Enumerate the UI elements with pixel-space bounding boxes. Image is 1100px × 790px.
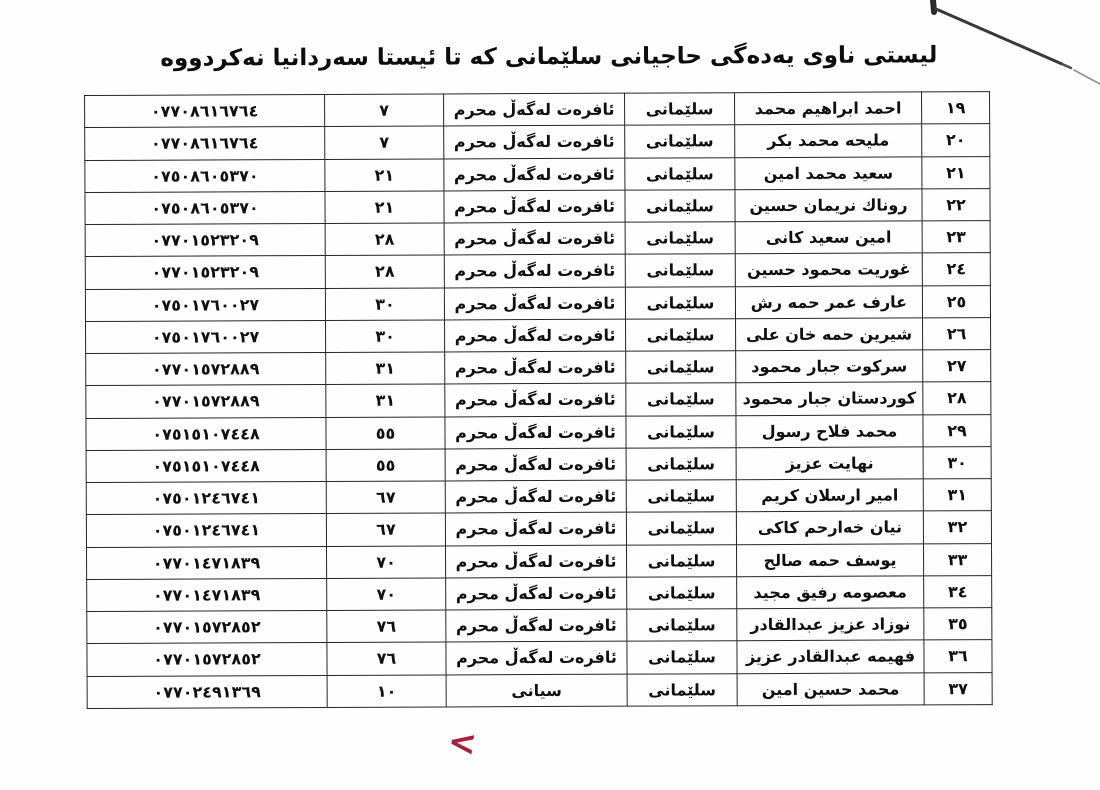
cell-phone: ٠٧٥١٥١٠٧٤٤٨	[86, 449, 326, 482]
cell-number: ٢٨	[325, 223, 444, 256]
cell-name: امير ارسلان كريم	[736, 479, 923, 512]
cell-number: ٢١	[325, 158, 444, 191]
cell-number: ٧٠	[327, 545, 446, 578]
table-row: ٣٣يوسف حمه صالحسلێمانىئافرەت لەگەڵ محرم٧…	[87, 543, 992, 579]
roster-table-body: ١٩احمد ابراهيم محمدسلێمانىئافرەت لەگەڵ م…	[85, 92, 993, 709]
cell-name: محمد حسين امين	[737, 672, 924, 705]
cell-city: سلێمانى	[625, 93, 735, 126]
cell-phone: ٠٧٧٠١٥٢٣٢٠٩	[85, 256, 325, 289]
scan-content: ليستى ناوى يەدەگى حاجيانى سلێمانى كە تا …	[0, 0, 1100, 790]
cell-no: ٣٢	[923, 511, 991, 544]
cell-city: سلێمانى	[626, 480, 736, 513]
cell-city: سلێمانى	[626, 351, 736, 384]
cell-city: سلێمانى	[626, 383, 736, 416]
cell-city: سلێمانى	[625, 125, 735, 158]
table-row: ٢٦شيرين حمه خان علىسلێمانىئافرەت لەگەڵ م…	[86, 317, 991, 353]
cell-number: ٣٠	[326, 320, 445, 353]
table-row: ٢٩محمد فلاح رسولسلێمانىئافرەت لەگەڵ محرم…	[86, 414, 991, 450]
cell-number: ٢١	[325, 191, 444, 224]
cell-no: ٣٠	[923, 446, 991, 479]
cell-no: ٣٤	[924, 575, 992, 608]
cell-no: ٣١	[923, 479, 991, 512]
cell-city: سلێمانى	[625, 189, 735, 222]
table-row: ٢٥عارف عمر حمه رشسلێمانىئافرەت لەگەڵ محر…	[85, 285, 990, 321]
cell-city: سلێمانى	[625, 254, 735, 287]
cell-number: ٧٦	[327, 642, 446, 675]
cell-name: امين سعيد كانى	[735, 221, 922, 254]
cell-status: ئافرەت لەگەڵ محرم	[446, 545, 627, 578]
table-row: ٣٦فهيمه عبدالقادر عزيزسلێمانىئافرەت لەگە…	[87, 640, 992, 676]
cell-status: ئافرەت لەگەڵ محرم	[445, 416, 626, 449]
cell-city: سلێمانى	[626, 447, 736, 480]
cell-city: سلێمانى	[626, 318, 736, 351]
cell-number: ٣٠	[325, 287, 444, 320]
cell-phone: ٠٧٥٠١٧٦٠٠٢٧	[85, 288, 325, 321]
cell-phone: ٠٧٧٠١٥٧٢٨٥٢	[87, 610, 327, 643]
cell-status: ئافرەت لەگەڵ محرم	[446, 577, 627, 610]
cell-status: ئافرەت لەگەڵ محرم	[445, 512, 626, 545]
cell-status: ئافرەت لەگەڵ محرم	[444, 222, 625, 255]
cell-number: ٥٥	[326, 449, 445, 482]
cell-name: روناك نريمان حسين	[735, 189, 922, 222]
cell-name: فهيمه عبدالقادر عزيز	[737, 640, 924, 673]
cell-number: ٦٧	[326, 481, 445, 514]
cell-no: ٣٥	[924, 608, 992, 641]
cell-name: محمد فلاح رسول	[736, 414, 923, 447]
cell-name: معصومه رفيق مجيد	[737, 576, 924, 609]
cell-no: ٢٠	[922, 124, 990, 157]
cell-status: ئافرەت لەگەڵ محرم	[444, 93, 625, 126]
cell-phone: ٠٧٥٠١٢٤٦٧٤١	[86, 481, 326, 514]
cell-number: ٧	[325, 94, 444, 127]
cell-phone: ٠٧٧٠٨٦١٦٧٦٤	[85, 127, 325, 160]
cell-phone: ٠٧٥١٥١٠٧٤٤٨	[86, 417, 326, 450]
table-row: ٣١امير ارسلان كريمسلێمانىئافرەت لەگەڵ مح…	[86, 479, 991, 515]
table-row: ٢٢روناك نريمان حسينسلێمانىئافرەت لەگەڵ م…	[85, 188, 990, 224]
cell-name: شيرين حمه خان على	[736, 318, 923, 351]
cell-no: ٢١	[922, 156, 990, 189]
cell-phone: ٠٧٥٠٨٦٠٥٣٧٠	[85, 159, 325, 192]
cell-city: سلێمانى	[626, 415, 736, 448]
cell-no: ٢٧	[923, 350, 991, 383]
cell-no: ٢٥	[922, 285, 990, 318]
cell-status: ئافرەت لەگەڵ محرم	[444, 287, 625, 320]
cell-status: ئافرەت لەگەڵ محرم	[445, 383, 626, 416]
cell-city: سلێمانى	[626, 544, 736, 577]
cell-name: نوزاد عزيز عبدالقادر	[737, 608, 924, 641]
table-row: ٣٢نيان خەارحم كاكىسلێمانىئافرەت لەگەڵ مح…	[86, 511, 991, 547]
cell-name: نيان خەارحم كاكى	[736, 511, 923, 544]
cell-no: ٢٨	[923, 382, 991, 415]
cell-phone: ٠٧٧٠١٤٧١٨٣٩	[87, 546, 327, 579]
cell-status: ئافرەت لەگەڵ محرم	[446, 609, 627, 642]
cell-city: سلێمانى	[627, 609, 737, 642]
cell-number: ٧٦	[327, 610, 446, 643]
cell-number: ٧٠	[327, 578, 446, 611]
cell-status: ئافرەت لەگەڵ محرم	[446, 641, 627, 674]
table-row: ٢٨كوردستان جبار محمودسلێمانىئافرەت لەگەڵ…	[86, 382, 991, 418]
cell-phone: ٠٧٧٠١٥٧٢٨٨٩	[86, 352, 326, 385]
cell-phone: ٠٧٧٠٢٤٩١٣٦٩	[87, 675, 327, 709]
cell-city: سلێمانى	[627, 673, 737, 706]
scanned-document-page: ليستى ناوى يەدەگى حاجيانى سلێمانى كە تا …	[0, 0, 1100, 790]
document-title: ليستى ناوى يەدەگى حاجيانى سلێمانى كە تا …	[0, 42, 1099, 73]
handwritten-check-mark: <	[446, 724, 479, 762]
table-row: ٣٠نهايت عزيزسلێمانىئافرەت لەگەڵ محرم٥٥٠٧…	[86, 446, 991, 482]
cell-no: ٢٢	[922, 188, 990, 221]
cell-no: ٣٧	[924, 672, 992, 705]
table-row: ٢٠مليحه محمد بكرسلێمانىئافرەت لەگەڵ محرم…	[85, 124, 990, 160]
cell-no: ٢٣	[922, 221, 990, 254]
cell-name: نهايت عزيز	[736, 447, 923, 480]
cell-number: ٥٥	[326, 416, 445, 449]
table-row: ٢١سعيد محمد امينسلێمانىئافرەت لەگەڵ محرم…	[85, 156, 990, 192]
cell-no: ٢٤	[922, 253, 990, 286]
cell-status: ئافرەت لەگەڵ محرم	[444, 254, 625, 287]
cell-city: سلێمانى	[625, 222, 735, 255]
table-row: ٣٧محمد حسين امينسلێمانىسيانى١٠٠٧٧٠٢٤٩١٣٦…	[87, 672, 992, 708]
cell-no: ٢٩	[923, 414, 991, 447]
cell-number: ٢٨	[325, 255, 444, 288]
cell-phone: ٠٧٧٠١٥٧٢٨٥٢	[87, 643, 327, 676]
cell-name: يوسف حمه صالح	[736, 543, 923, 576]
cell-city: سلێمانى	[627, 641, 737, 674]
table-row: ٢٧سركوت جبار محمودسلێمانىئافرەت لەگەڵ مح…	[86, 350, 991, 386]
cell-name: سعيد محمد امين	[735, 156, 922, 189]
cell-number: ٣١	[326, 352, 445, 385]
cell-phone: ٠٧٥٠١٧٦٠٠٢٧	[86, 320, 326, 353]
cell-status: ئافرەت لەگەڵ محرم	[445, 480, 626, 513]
cell-number: ٣١	[326, 384, 445, 417]
cell-number: ٧	[325, 126, 444, 159]
cell-phone: ٠٧٥٠١٢٤٦٧٤١	[86, 514, 326, 547]
cell-name: كوردستان جبار محمود	[736, 382, 923, 415]
cell-phone: ٠٧٧٠٨٦١٦٧٦٤	[85, 94, 325, 127]
table-row: ١٩احمد ابراهيم محمدسلێمانىئافرەت لەگەڵ م…	[85, 92, 990, 128]
cell-no: ٣٦	[924, 640, 992, 673]
table-row: ٣٤معصومه رفيق مجيدسلێمانىئافرەت لەگەڵ مح…	[87, 575, 992, 611]
cell-status: سيانى	[446, 674, 627, 707]
cell-city: سلێمانى	[626, 512, 736, 545]
cell-number: ١٠	[327, 674, 446, 707]
cell-phone: ٠٧٧٠١٥٧٢٨٨٩	[86, 385, 326, 418]
cell-city: سلێمانى	[627, 576, 737, 609]
cell-city: سلێمانى	[625, 157, 735, 190]
cell-name: مليحه محمد بكر	[735, 124, 922, 157]
cell-phone: ٠٧٧٠١٤٧١٨٣٩	[87, 578, 327, 611]
table-row: ٣٥نوزاد عزيز عبدالقادرسلێمانىئافرەت لەگە…	[87, 608, 992, 644]
cell-number: ٦٧	[326, 513, 445, 546]
cell-name: سركوت جبار محمود	[736, 350, 923, 383]
cell-phone: ٠٧٥٠٨٦٠٥٣٧٠	[85, 191, 325, 224]
cell-no: ٢٦	[923, 317, 991, 350]
cell-phone: ٠٧٧٠١٥٢٣٢٠٩	[85, 223, 325, 256]
table-row: ٢٤غوريت محمود حسينسلێمانىئافرەت لەگەڵ مح…	[85, 253, 990, 289]
cell-name: احمد ابراهيم محمد	[735, 92, 922, 125]
cell-status: ئافرەت لەگەڵ محرم	[444, 190, 625, 223]
cell-no: ١٩	[922, 92, 990, 125]
cell-status: ئافرەت لەگەڵ محرم	[445, 351, 626, 384]
cell-status: ئافرەت لەگەڵ محرم	[444, 158, 625, 191]
cell-city: سلێمانى	[625, 286, 735, 319]
cell-status: ئافرەت لەگەڵ محرم	[445, 319, 626, 352]
cell-status: ئافرەت لەگەڵ محرم	[445, 448, 626, 481]
pilgrims-roster-table: ١٩احمد ابراهيم محمدسلێمانىئافرەت لەگەڵ م…	[84, 91, 993, 709]
cell-status: ئافرەت لەگەڵ محرم	[444, 125, 625, 158]
cell-name: عارف عمر حمه رش	[735, 285, 922, 318]
cell-no: ٣٣	[923, 543, 991, 576]
cell-name: غوريت محمود حسين	[735, 253, 922, 286]
table-row: ٢٣امين سعيد كانىسلێمانىئافرەت لەگەڵ محرم…	[85, 221, 990, 257]
